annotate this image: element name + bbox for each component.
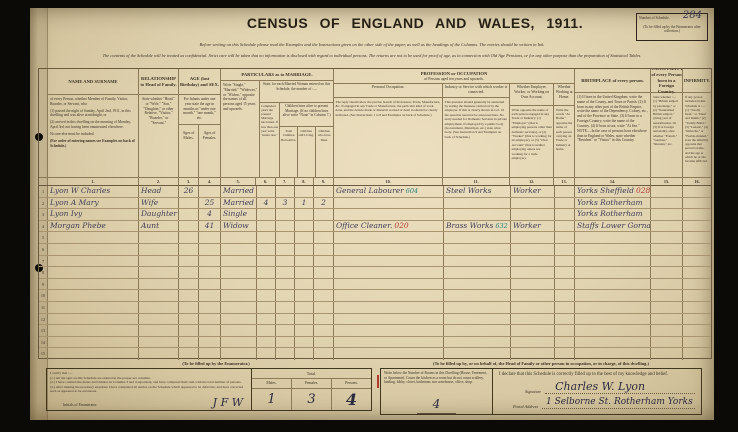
cell-children-died [314, 267, 334, 278]
col-number-12: 12. [510, 178, 554, 185]
cell-age-female: 25 [199, 198, 221, 209]
children-caption: Children born alive to present Marriage.… [280, 103, 333, 127]
rooms-value: 4 [417, 397, 457, 414]
cell-industry [444, 209, 511, 220]
cell-at-home [555, 256, 575, 267]
cell-marriage-years [257, 279, 276, 290]
cell-name [48, 232, 139, 243]
cell-at-home [555, 232, 575, 243]
cell-infirmity [683, 209, 711, 220]
cell-marital-status [221, 337, 257, 348]
cell-occupation [334, 209, 444, 220]
cell-employment-status [511, 302, 555, 313]
cell-children-living [295, 279, 314, 290]
column-birthplace-instr: (1) If born in the United Kingdom, write… [575, 93, 650, 177]
cell-relationship [139, 325, 179, 336]
column-relationship-title: RELATIONSHIP to Head of Family. [139, 69, 178, 95]
cell-age-male [179, 325, 199, 336]
cell-nationality [651, 209, 683, 220]
householder-section-caption: (To be filled up by, or on behalf of, th… [380, 361, 702, 366]
cell-at-home [555, 279, 575, 290]
cell-marital-status [221, 314, 257, 325]
cell-marital-status [221, 267, 257, 278]
cell-age-male [179, 290, 199, 301]
cell-birthplace [575, 267, 651, 278]
column-group-age: AGE (last Birthday) and SEX. For Infants… [179, 69, 221, 185]
column-nationality-title: NATIONALITY of every Person born in a Fo… [651, 69, 682, 93]
cell-age-female [199, 267, 221, 278]
cell-name [48, 290, 139, 301]
cell-industry [444, 290, 511, 301]
instruction-line-1: Before writing on this Schedule please r… [110, 42, 634, 47]
table-row-empty: 7 [39, 256, 711, 268]
cell-row-number: 12 [39, 314, 48, 325]
cell-children-born [276, 256, 295, 267]
cell-at-home [555, 186, 575, 197]
cell-age-female [199, 302, 221, 313]
cell-occupation [334, 267, 444, 278]
cell-row-number: 13 [39, 325, 48, 336]
page-title: CENSUS OF ENGLAND AND WALES, 1911. [180, 15, 650, 31]
cell-name [48, 256, 139, 267]
cell-children-born [276, 337, 295, 348]
table-row-empty: 10 [39, 290, 711, 302]
col-number-2: 2. [139, 178, 178, 185]
cell-row-number: 8 [39, 267, 48, 278]
cell-relationship [139, 232, 179, 243]
column-birthplace: BIRTHPLACE of every person. (1) If born … [575, 69, 651, 185]
cell-employment-status [511, 256, 555, 267]
column-nationality-instr: State whether :— (1) "British subject by… [651, 93, 682, 177]
cell-name [48, 337, 139, 348]
column-industry-label: Industry or Service with which worker is… [443, 84, 509, 98]
cell-marital-status: Single [221, 209, 257, 220]
birthplace-text: Staffs Lower Gornal [577, 221, 651, 230]
column-personal-occupation-instr: The reply should show the precise branch… [334, 98, 442, 177]
cell-relationship [139, 244, 179, 255]
column-children-died-label: Children who have Died. [316, 127, 333, 177]
cell-at-home [555, 348, 575, 360]
schedule-number-value: 284 [683, 10, 702, 21]
cell-row-number: 7 [39, 256, 48, 267]
cell-at-home [555, 198, 575, 209]
census-schedule-document: CENSUS OF ENGLAND AND WALES, 1911. Numbe… [30, 8, 714, 420]
cell-age-female [199, 256, 221, 267]
cell-marital-status [221, 290, 257, 301]
cell-birthplace [575, 348, 651, 360]
cell-children-living [295, 302, 314, 313]
cell-occupation: General Labourer604 [334, 186, 444, 197]
cell-infirmity [683, 186, 711, 197]
cell-children-died [314, 232, 334, 243]
cell-occupation [334, 302, 444, 313]
cell-marital-status [221, 279, 257, 290]
cell-name: Lyon Ivy [48, 209, 139, 220]
cell-industry [444, 348, 511, 360]
cell-name [48, 244, 139, 255]
cell-children-died: 2 [314, 198, 334, 209]
cell-marital-status [221, 302, 257, 313]
cell-age-female [199, 325, 221, 336]
column-age-title: AGE (last Birthday) and SEX. [179, 69, 220, 95]
cell-age-female [199, 314, 221, 325]
column-row-number [39, 69, 48, 185]
cell-birthplace [575, 302, 651, 313]
cell-employment-status [511, 267, 555, 278]
cell-marriage-years [257, 348, 276, 360]
cell-marriage-years [257, 290, 276, 301]
totals-persons-value: 4 [332, 389, 371, 410]
column-infirmity-instr: If any person included in this Schedule … [683, 93, 711, 177]
column-infirmity-title: INFIRMITY. [683, 69, 711, 93]
cell-age-male [179, 348, 199, 360]
cell-marriage-years: 4 [257, 198, 276, 209]
cell-occupation [334, 290, 444, 301]
cell-children-living [295, 232, 314, 243]
cell-age-female [199, 348, 221, 360]
cell-age-female [199, 290, 221, 301]
cell-age-male [179, 279, 199, 290]
cell-nationality [651, 186, 683, 197]
cell-industry [444, 279, 511, 290]
rooms-instructions: Write below the Number of Rooms in this … [384, 371, 489, 385]
enumerator-initials-value: J F W [213, 396, 243, 410]
table-row-empty: 6 [39, 244, 711, 256]
cell-industry [444, 198, 511, 209]
cell-children-born [276, 290, 295, 301]
profession-subtitle: of Persons aged ten years and upwards. [424, 77, 484, 82]
column-marriage-years-label: Completed years the present Marriage has… [260, 103, 280, 177]
cell-children-living [295, 186, 314, 197]
certify-item-3: (3.) After making the necessary enquirie… [50, 385, 248, 394]
married-woman-note: State, for each Married Woman entered on… [260, 81, 333, 103]
table-row-empty: 11 [39, 302, 711, 314]
name-note2: (For order of entering names see Example… [50, 139, 136, 149]
col-number-11: 11. [443, 178, 510, 185]
cell-employment-status [511, 209, 555, 220]
cell-nationality [651, 198, 683, 209]
cell-at-home [555, 244, 575, 255]
cell-row-number: 2 [39, 198, 48, 209]
totals-title: Total. [252, 369, 371, 379]
column-industry-instr: This question should generally be answer… [443, 98, 509, 177]
cell-nationality [651, 348, 683, 360]
col-number-15: 15. [651, 178, 682, 185]
cell-name [48, 325, 139, 336]
cell-marriage-years [257, 325, 276, 336]
cell-employment-status [511, 348, 555, 360]
column-name-instructions: of every Person, whether Member of Famil… [48, 95, 138, 177]
cell-name [48, 267, 139, 278]
initials-label: Initials of Enumerator. [63, 403, 97, 408]
cell-marriage-years [257, 209, 276, 220]
column-relationship: RELATIONSHIP to Head of Family. State wh… [139, 69, 179, 185]
cell-name [48, 314, 139, 325]
cell-infirmity [683, 221, 711, 232]
cell-occupation [334, 198, 444, 209]
column-children-living-label: Children still Living. [298, 127, 316, 177]
cell-marriage-years [257, 302, 276, 313]
col-number-16: 16. [683, 178, 711, 185]
cell-nationality [651, 256, 683, 267]
cell-occupation [334, 232, 444, 243]
cell-age-female [199, 279, 221, 290]
table-body: 1 Lyon W Charles Head 26 Married General… [39, 186, 711, 352]
cell-relationship [139, 290, 179, 301]
col-number-10: 10. [334, 178, 443, 185]
occupation-code: 604 [406, 187, 418, 195]
cell-row-number: 6 [39, 244, 48, 255]
industry-code: 632 [495, 222, 507, 230]
cell-children-born [276, 279, 295, 290]
declaration-text: I declare that this Schedule is correctl… [499, 372, 695, 378]
table-row-empty: 9 [39, 279, 711, 291]
cell-children-died [314, 290, 334, 301]
cell-at-home [555, 267, 575, 278]
cell-age-male [179, 302, 199, 313]
main-table: NAME AND SURNAME of every Person, whethe… [38, 68, 712, 359]
cell-infirmity [683, 314, 711, 325]
totals-females-label: Females. [292, 379, 332, 388]
cell-employment-status [511, 279, 555, 290]
cell-nationality [651, 244, 683, 255]
cell-infirmity [683, 325, 711, 336]
column-marital-status-instructions: Write "Single," "Married," "Widower," or… [221, 81, 260, 177]
cell-nationality [651, 337, 683, 348]
cell-industry [444, 314, 511, 325]
cell-children-died [314, 314, 334, 325]
table-row-empty: 12 [39, 314, 711, 326]
cell-employment-status [511, 290, 555, 301]
cell-birthplace [575, 256, 651, 267]
postal-address-label: Postal Address [499, 404, 538, 409]
cell-children-living [295, 209, 314, 220]
cell-infirmity [683, 267, 711, 278]
cell-children-born [276, 209, 295, 220]
column-group-profession: PROFESSION or OCCUPATION of Persons aged… [334, 69, 575, 185]
totals-persons-label: Persons. [332, 379, 371, 388]
col-number-6: 6. [256, 178, 275, 185]
cell-marital-status [221, 325, 257, 336]
cell-row-number: 1 [39, 186, 48, 197]
table-row-empty: 5 [39, 232, 711, 244]
cell-employment-status [511, 314, 555, 325]
cell-row-number: 10 [39, 290, 48, 301]
table-row-empty: 14 [39, 337, 711, 349]
cell-industry: Steel Works [444, 186, 511, 197]
cell-employment-status [511, 325, 555, 336]
cell-age-male [179, 198, 199, 209]
cell-occupation [334, 325, 444, 336]
cell-children-died [314, 221, 334, 232]
occupation-code: 020 [394, 221, 408, 230]
schedule-number-note: (To be filled up by the Enumerator after… [639, 25, 705, 33]
cell-children-died [314, 244, 334, 255]
cell-age-male [179, 256, 199, 267]
table-row: 3 Lyon Ivy Daughter 4 Single Yorks Rothe… [39, 209, 711, 221]
cell-infirmity [683, 302, 711, 313]
cell-occupation [334, 314, 444, 325]
cell-age-female [199, 337, 221, 348]
column-at-home-instr: Write the words "At Home" opposite the n… [554, 106, 574, 177]
cell-employment-status: Worker [511, 186, 555, 197]
cell-at-home [555, 325, 575, 336]
cell-children-living [295, 290, 314, 301]
cell-name [48, 348, 139, 360]
cell-industry [444, 337, 511, 348]
cell-age-male [179, 337, 199, 348]
table-row: 1 Lyon W Charles Head 26 Married General… [39, 186, 711, 198]
name-intro: of every Person, whether Member of Famil… [50, 97, 136, 107]
cell-birthplace [575, 244, 651, 255]
column-personal-occupation-label: Personal Occupation. [334, 84, 442, 98]
column-name: NAME AND SURNAME of every Person, whethe… [48, 69, 139, 185]
schedule-number-box: Number of Schedule. 284 (To be filled up… [636, 13, 708, 41]
cell-employment-status: Worker [511, 221, 555, 232]
cell-marriage-years [257, 232, 276, 243]
cell-age-female [199, 244, 221, 255]
cell-at-home [555, 209, 575, 220]
cell-birthplace [575, 314, 651, 325]
col-number-14: 14. [575, 178, 650, 185]
cell-row-number: 9 [39, 279, 48, 290]
column-relationship-instructions: State whether "Head," or "Wife," "Son," … [139, 95, 178, 177]
cell-industry [444, 256, 511, 267]
cell-at-home [555, 314, 575, 325]
cell-birthplace [575, 232, 651, 243]
cell-industry [444, 325, 511, 336]
cell-name [48, 302, 139, 313]
col-number-8: 8. [295, 178, 314, 185]
cell-marriage-years [257, 244, 276, 255]
cell-children-died [314, 325, 334, 336]
cell-infirmity [683, 290, 711, 301]
cell-name: Lyon A Mary [48, 198, 139, 209]
cell-name [48, 279, 139, 290]
cell-children-died [314, 348, 334, 360]
cell-at-home [555, 337, 575, 348]
householder-box: Write below the Number of Rooms in this … [380, 368, 702, 415]
declaration-cell: I declare that this Schedule is correctl… [493, 369, 701, 414]
column-age-instructions: For Infants under one year state the age… [179, 95, 220, 125]
cell-infirmity [683, 337, 711, 348]
cell-employment-status [511, 198, 555, 209]
cell-children-born [276, 325, 295, 336]
table-row-empty: 8 [39, 267, 711, 279]
birthplace-code: 028 [636, 186, 650, 195]
cell-children-living [295, 325, 314, 336]
cell-infirmity [683, 198, 711, 209]
cell-marriage-years [257, 314, 276, 325]
birthplace-text: Yorks Sheffield [577, 186, 634, 195]
cell-relationship [139, 302, 179, 313]
cell-children-born [276, 244, 295, 255]
cell-age-male [179, 209, 199, 220]
cell-row-number: 5 [39, 232, 48, 243]
industry-text: Brass Works [446, 221, 493, 230]
cell-birthplace: Yorks Sheffield028 [575, 186, 651, 197]
cell-children-died [314, 302, 334, 313]
cell-relationship: Aunt [139, 221, 179, 232]
cell-relationship [139, 337, 179, 348]
cell-name: Lyon W Charles [48, 186, 139, 197]
cell-nationality [651, 279, 683, 290]
cell-infirmity [683, 232, 711, 243]
name-item1: (1) passed the night of Sunday, April 2n… [50, 109, 136, 119]
cell-age-female: 4 [199, 209, 221, 220]
cell-children-born [276, 186, 295, 197]
schedule-number-label: Number of Schedule. [639, 16, 670, 20]
cell-relationship: Wife [139, 198, 179, 209]
table-row-empty: 15 [39, 348, 711, 360]
cell-occupation [334, 244, 444, 255]
cell-relationship [139, 279, 179, 290]
cell-infirmity [683, 256, 711, 267]
signature-label: Signature [499, 389, 541, 394]
column-at-home-label: Whether Working at Home. [554, 84, 574, 106]
cell-marital-status [221, 232, 257, 243]
occupation-text: Office Cleaner. [336, 221, 392, 230]
cell-occupation [334, 337, 444, 348]
cell-children-born [276, 348, 295, 360]
column-employment-status-instr: Write opposite the name of each person e… [510, 106, 553, 177]
totals-females-value: 3 [292, 389, 332, 410]
cell-age-female [199, 186, 221, 197]
cell-children-living [295, 244, 314, 255]
cell-marriage-years [257, 186, 276, 197]
col-number-4: 4. [199, 178, 220, 185]
cell-occupation [334, 279, 444, 290]
cell-industry [444, 232, 511, 243]
column-infirmity: INFIRMITY. If any person included in thi… [683, 69, 711, 185]
cell-marriage-years [257, 256, 276, 267]
cell-employment-status [511, 232, 555, 243]
cell-marital-status [221, 348, 257, 360]
cell-children-died [314, 337, 334, 348]
cell-name: Morgan Phebe [48, 221, 139, 232]
cell-row-number: 14 [39, 337, 48, 348]
enumerator-box: I certify that :— (1.) All the ages on t… [46, 368, 372, 411]
cell-infirmity [683, 279, 711, 290]
cell-birthplace: Yorks Rotherham [575, 209, 651, 220]
cell-age-male [179, 221, 199, 232]
cell-nationality [651, 314, 683, 325]
cell-children-died [314, 209, 334, 220]
column-age-females-label: Ages of Females. [199, 125, 220, 177]
column-marriage-title: PARTICULARS as to MARRIAGE. [221, 69, 333, 81]
cell-relationship: Head [139, 186, 179, 197]
col-number-13: 13. [554, 178, 574, 185]
column-age-males-label: Ages of Males. [179, 125, 199, 177]
cell-marital-status [221, 244, 257, 255]
totals-males-label: Males. [252, 379, 292, 388]
cell-children-born [276, 314, 295, 325]
cell-children-born: 3 [276, 198, 295, 209]
cell-nationality [651, 221, 683, 232]
cell-at-home [555, 302, 575, 313]
cell-age-male [179, 232, 199, 243]
cell-children-born [276, 232, 295, 243]
cell-birthplace: Yorks Rotherham [575, 198, 651, 209]
column-group-marriage: PARTICULARS as to MARRIAGE. Write "Singl… [221, 69, 334, 185]
cell-row-number: 15 [39, 348, 48, 360]
cell-children-living [295, 221, 314, 232]
table-header: NAME AND SURNAME of every Person, whethe… [39, 69, 711, 186]
cell-age-male [179, 244, 199, 255]
cell-at-home [555, 290, 575, 301]
col-number-1: 1. [48, 178, 138, 185]
enumerator-certification: I certify that :— (1.) All the ages on t… [47, 369, 251, 410]
